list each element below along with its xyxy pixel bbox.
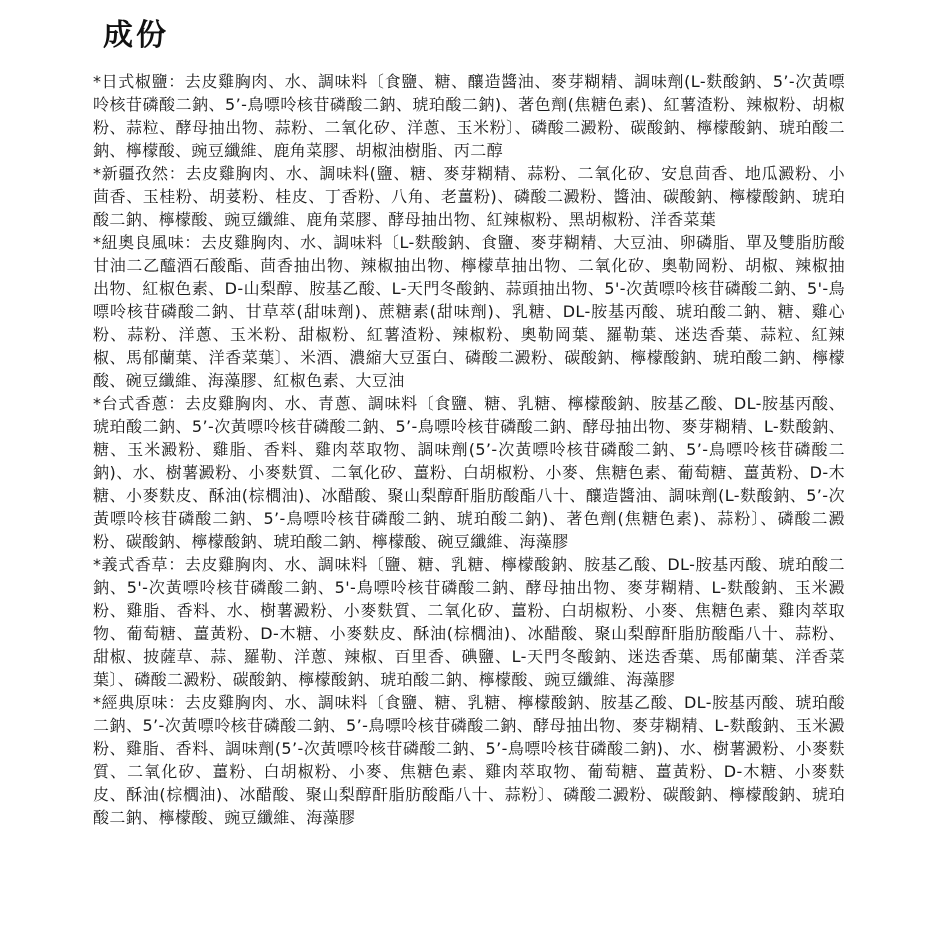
ingredient-paragraph-xinjiang-cumin: *新疆孜然：去皮雞胸肉、水、調味料(鹽、糖、麥芽糊精、蒜粉、二氧化矽、安息茴香、… [93, 162, 845, 231]
ingredients-page: 成份 *日式椒鹽：去皮雞胸肉、水、調味料〔食鹽、糖、釀造醬油、麥芽糊精、調味劑(… [0, 0, 925, 925]
ingredient-paragraph-italian-herb: *義式香草：去皮雞胸肉、水、調味料〔鹽、糖、乳糖、檸檬酸鈉、胺基乙酸、DL-胺基… [93, 553, 845, 691]
ingredient-paragraph-taiwanese-scallion: *台式香蔥：去皮雞胸肉、水、青蔥、調味料〔食鹽、糖、乳糖、檸檬酸鈉、胺基乙酸、D… [93, 392, 845, 553]
ingredients-text-block: *日式椒鹽：去皮雞胸肉、水、調味料〔食鹽、糖、釀造醬油、麥芽糊精、調味劑(L-麩… [93, 70, 845, 829]
ingredient-paragraph-new-orleans: *紐奧良風味：去皮雞胸肉、水、調味料〔L-麩酸鈉、食鹽、麥芽糊精、大豆油、卵磷脂… [93, 231, 845, 392]
ingredient-paragraph-classic-original: *經典原味：去皮雞胸肉、水、調味料〔食鹽、糖、乳糖、檸檬酸鈉、胺基乙酸、DL-胺… [93, 691, 845, 829]
page-title: 成份 [103, 18, 845, 54]
ingredient-paragraph-japanese-pepper-salt: *日式椒鹽：去皮雞胸肉、水、調味料〔食鹽、糖、釀造醬油、麥芽糊精、調味劑(L-麩… [93, 70, 845, 162]
